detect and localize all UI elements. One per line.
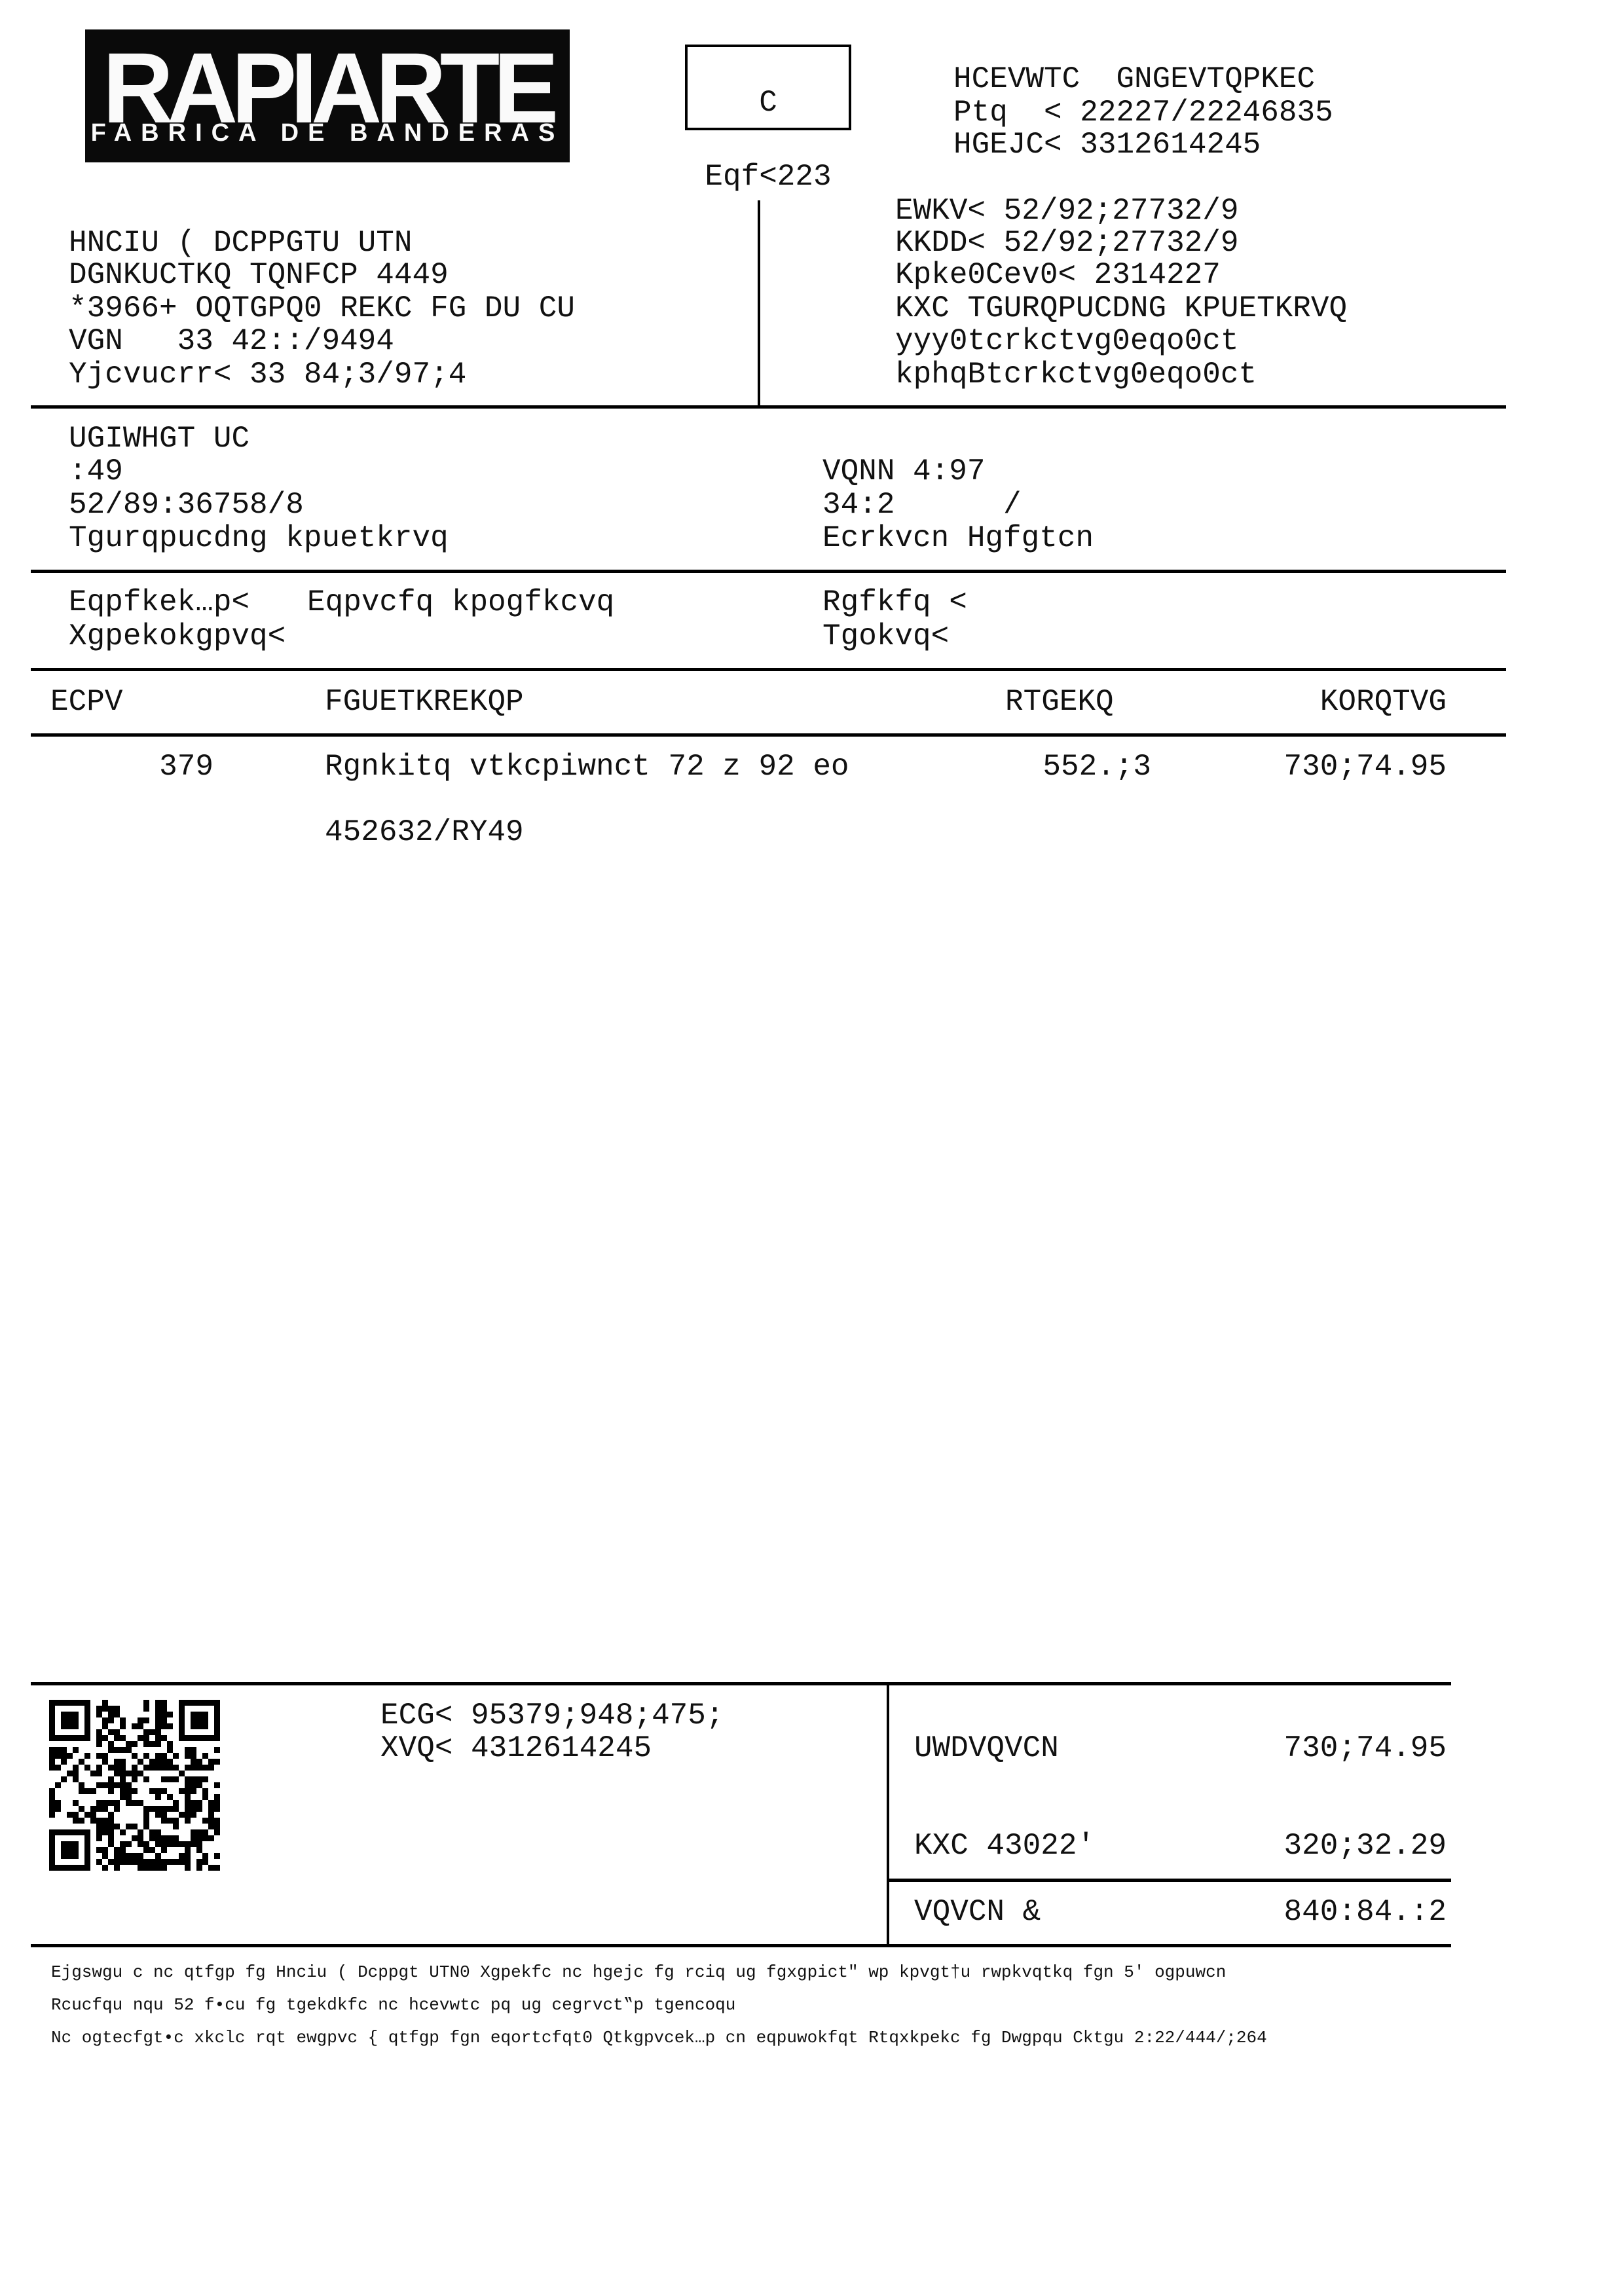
due-date-label: Xgpekokgpvq< xyxy=(69,620,286,653)
customer-vat-condition: Tgurqpucdng kpuetkrvq xyxy=(69,522,449,555)
totals-divider xyxy=(887,1879,1451,1882)
payment-condition-value: Eqpvcfq kpogfkcvq xyxy=(307,586,614,619)
header-divider xyxy=(758,200,760,407)
order-label: Rgfkfq < xyxy=(822,586,967,619)
cae-expiry: XVQ< 4312614245 xyxy=(380,1732,652,1765)
invoice-date: HGEJC< 3312614245 xyxy=(953,128,1261,161)
customer-address: :49 xyxy=(69,455,123,488)
cae-number: ECG< 95379;948;475; xyxy=(380,1699,724,1732)
issuer-whatsapp: Yjcvucrr< 33 84;3/97;4 xyxy=(69,358,466,391)
logo-tagline: FABRICA DE BANDERAS xyxy=(85,120,570,146)
issuer-website[interactable]: yyy0tcrkctvg0eqo0ct xyxy=(895,325,1239,358)
divider-line xyxy=(31,733,1506,737)
row-description-extra: 452632/RY49 xyxy=(325,816,524,849)
issuer-email[interactable]: kphqBtcrkctvg0eqo0ct xyxy=(895,358,1257,391)
footer-note-consumer: Nc ogtecfgt•c xkclc rqt ewgpvc { qtfgp f… xyxy=(51,2028,1267,2047)
issuer-cuit: EWKV< 52/92;27732/9 xyxy=(895,194,1239,227)
invoice-number: Ptq < 22227/22246835 xyxy=(953,96,1333,129)
total-label: VQVCN & xyxy=(914,1896,1041,1928)
col-header-qty: ECPV xyxy=(50,686,122,718)
row-amount: 730;74.95 xyxy=(1284,750,1447,783)
col-header-amount: KORQTVG xyxy=(1320,686,1447,718)
footer-note-claims: Rcucfqu nqu 52 f•cu fg tgekdkfc nc hcevw… xyxy=(51,1995,735,2015)
footer-box-top xyxy=(31,1682,1451,1685)
issuer-iibb: KKDD< 52/92;27732/9 xyxy=(895,227,1239,259)
customer-name: UGIWHGT UC xyxy=(69,422,249,455)
divider-line xyxy=(31,570,1506,573)
remito-label: Tgokvq< xyxy=(822,620,949,653)
footer-box-bottom xyxy=(31,1944,1451,1947)
customer-street: VQNN 4:97 xyxy=(822,455,985,488)
row-price: 552.;3 xyxy=(1043,750,1151,783)
invoice-type-code: Eqf<223 xyxy=(685,160,851,193)
tax-value: 320;32.29 xyxy=(1284,1829,1447,1862)
invoice-type-box: C xyxy=(685,45,851,130)
company-logo: RAPIARTE FABRICA DE BANDERAS xyxy=(85,29,570,162)
subtotal-label: UWDVQVCN xyxy=(914,1732,1059,1765)
afip-qr-code[interactable] xyxy=(49,1700,220,1871)
issuer-phone: VGN 33 42::/9494 xyxy=(69,325,394,358)
payment-condition-label: Eqpfkek…p< xyxy=(69,586,249,619)
total-value: 840:84.:2 xyxy=(1284,1896,1447,1928)
customer-postal: 34:2 / xyxy=(822,488,1022,521)
divider-line xyxy=(31,405,1506,409)
row-description: Rgnkitq vtkcpiwnct 72 z 92 eo xyxy=(325,750,849,783)
footer-box-divider xyxy=(887,1682,889,1945)
row-qty: 379 xyxy=(159,750,213,783)
invoice-type-letter: C xyxy=(688,86,849,119)
issuer-name: HNCIU ( DCPPGTU UTN xyxy=(69,227,413,259)
col-header-price: RTGEKQ xyxy=(1005,686,1114,718)
subtotal-value: 730;74.95 xyxy=(1284,1732,1447,1765)
issuer-vat-condition: KXC TGURQPUCDNG KPUETKRVQ xyxy=(895,292,1347,325)
tax-label: KXC 43022′ xyxy=(914,1829,1095,1862)
issuer-city: *3966+ OQTGPQ0 REKC FG DU CU xyxy=(69,292,575,325)
issuer-address: DGNKUCTKQ TQNFCP 4449 xyxy=(69,259,449,291)
issuer-start-date: Kpke0Cev0< 2314227 xyxy=(895,259,1221,291)
col-header-description: FGUETKREKQP xyxy=(325,686,524,718)
customer-cuit: 52/89:36758/8 xyxy=(69,488,304,521)
footer-note-checks: Ejgswgu c nc qtfgp fg Hnciu ( Dcppgt UTN… xyxy=(51,1962,1226,1982)
customer-city: Ecrkvcn Hgfgtcn xyxy=(822,522,1094,555)
divider-line xyxy=(31,668,1506,671)
invoice-title: HCEVWTC GNGEVTQPKEC xyxy=(953,63,1315,96)
